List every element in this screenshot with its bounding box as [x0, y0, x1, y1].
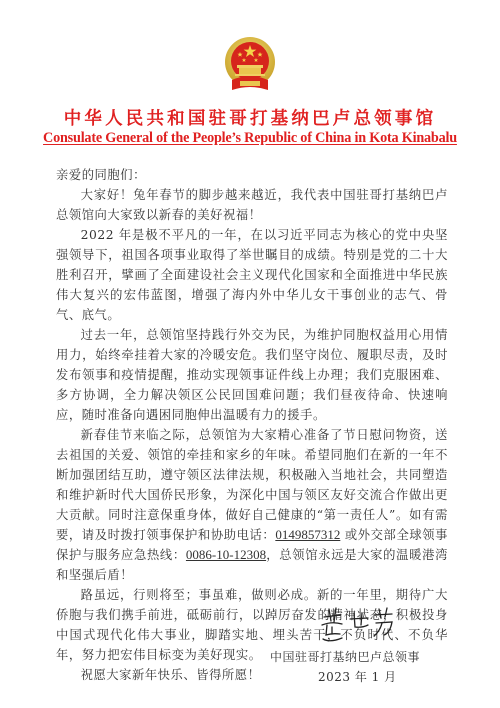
letter-date: 2023 年 1 月: [318, 668, 418, 686]
handwritten-signature-icon: [318, 603, 398, 645]
consulate-title-chinese: 中华人民共和国驻哥打基纳巴卢总领事馆: [0, 108, 500, 130]
paragraph-greeting: 大家好！兔年春节的脚步越来越近，我代表中国驻哥打基纳巴卢总领馆向大家致以新春的美…: [56, 185, 448, 225]
paragraph-consulate-work: 过去一年，总领馆坚持践行外交为民，为维护同胞权益用心用情用力，始终牵挂着大家的冷…: [56, 325, 448, 425]
national-emblem-icon: [222, 36, 278, 94]
paragraph-2022-review: 2022 年是极不平凡的一年，在以习近平同志为核心的党中央坚强领导下，祖国各项事…: [56, 225, 448, 325]
consulate-title-english: Consulate General of the People’s Republ…: [0, 130, 500, 146]
global-hotline-number[interactable]: 0086-10-12308: [186, 547, 266, 562]
consular-phone-number[interactable]: 0149857312: [275, 527, 340, 542]
signatory-organization: 中国驻哥打基纳巴卢总领事: [270, 648, 440, 666]
paragraph-new-year-wishes: 新春佳节来临之际，总领馆为大家精心准备了节日慰问物资，送去祖国的关爱、领馆的牵挂…: [56, 425, 448, 585]
salutation: 亲爱的同胞们：: [56, 165, 448, 185]
